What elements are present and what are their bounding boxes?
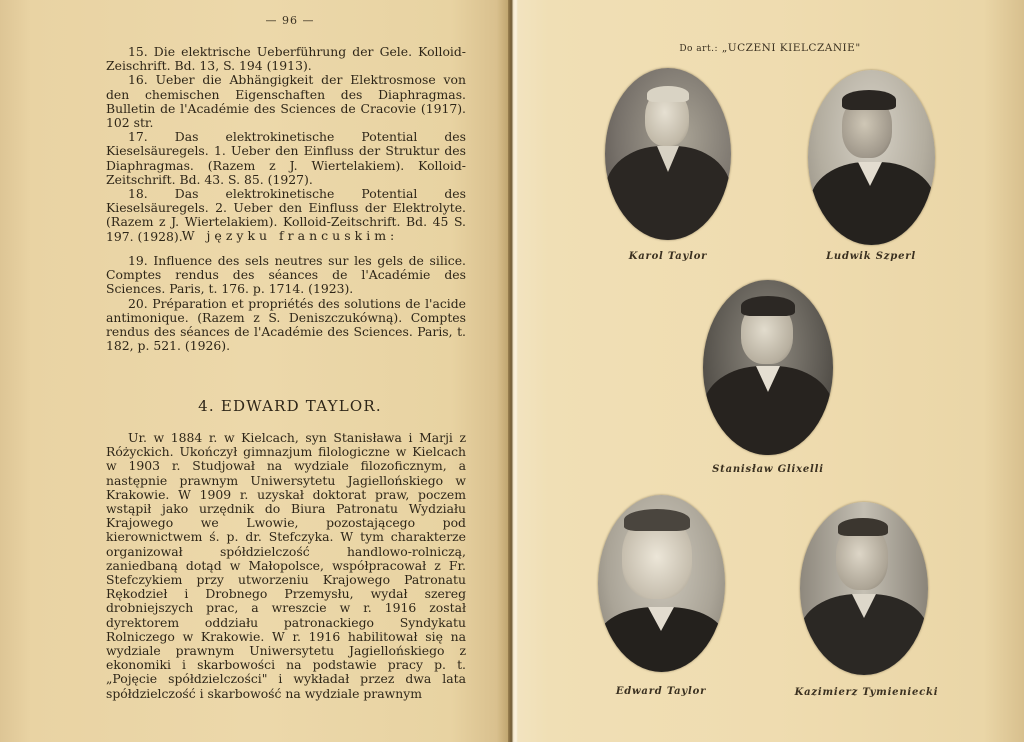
portrait-photo-karol-taylor [605,68,731,240]
publication-entry: 17. Das elektrokinetische Potential des … [106,130,466,187]
publication-entry: 20. Préparation et propriétés des soluti… [106,297,466,354]
biography-paragraph: Ur. w 1884 r. w Kielcach, syn Stanisława… [106,431,466,701]
article-reference: Do art.: „UCZENI KIELCZANIE" [620,42,920,54]
portrait-caption: Karol Taylor [588,251,748,262]
portrait-photo-edward-taylor [598,495,725,672]
book-gutter [508,0,518,742]
publication-entry: 19. Influence des sels neutres sur les g… [106,254,466,297]
page-number: — 96 — [100,14,480,27]
portrait-caption: Stanisław Glixelli [688,464,848,475]
portrait-photo-stanislaw-glixelli [703,280,833,455]
article-prefix: Do art.: [679,44,718,54]
publication-entry: 15. Die elektrische Ueberführung der Gel… [106,45,466,73]
portrait-caption: Kazimierz Tymieniecki [784,687,949,698]
biography-text: Ur. w 1884 r. w Kielcach, syn Stanisława… [106,431,466,701]
portrait-caption: Ludwik Szperl [791,251,951,262]
article-title: „UCZENI KIELCZANIE" [722,42,861,54]
section-title: 4. EDWARD TAYLOR. [100,397,480,415]
publication-entry: 16. Ueber die Abhängigkeit der Elektrosm… [106,73,466,130]
portrait-photo-ludwik-szperl [808,70,935,245]
german-publications-list: 15. Die elektrische Ueberführung der Gel… [106,45,466,244]
portrait-caption: Edward Taylor [581,686,741,697]
french-section-heading: W języku francuskim: [100,228,480,243]
portrait-photo-kazimierz-tymieniecki [800,502,928,675]
french-publications-list: 19. Influence des sels neutres sur les g… [106,254,466,353]
